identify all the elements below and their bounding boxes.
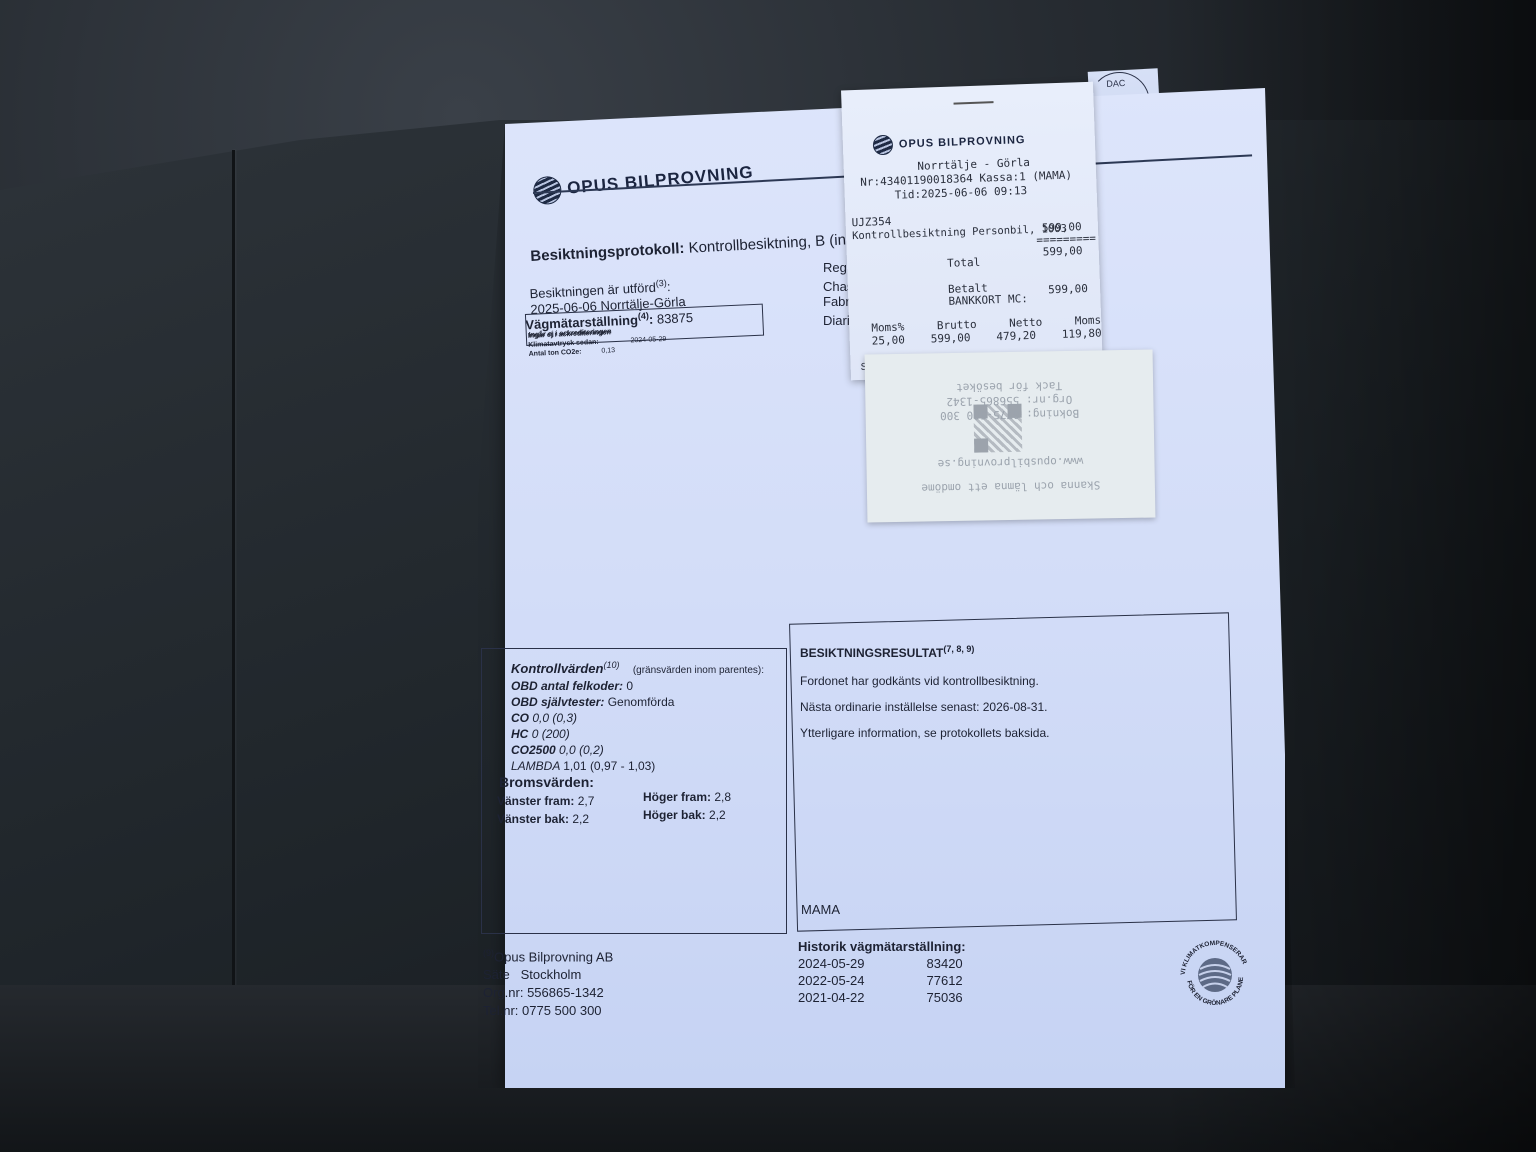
receipt-stub: Skanna och lämna ett omdöme Tack för bes… bbox=[865, 349, 1156, 522]
result-approved: Fordonet har godkänts vid kontrollbesikt… bbox=[800, 668, 1049, 694]
cv-row: OBD självtester: Genomförda bbox=[511, 694, 674, 710]
seat-seam bbox=[232, 150, 235, 990]
cv-row: OBD antal felkoder: 0 bbox=[511, 678, 674, 694]
cv-row: CO 0,0 (0,3) bbox=[511, 710, 674, 726]
climate-date: 2024-05-29 bbox=[630, 336, 666, 345]
company-tel: Tel.nr: 0775 500 300 bbox=[483, 1002, 613, 1020]
receipt-plate: UJZ354 bbox=[851, 215, 891, 229]
inspector-signature: MAMA bbox=[801, 902, 840, 917]
receipt-card-amount: 599,00 bbox=[1048, 282, 1088, 296]
company-name: Opus Bilprovning AB bbox=[494, 949, 613, 964]
history-row: 2022-05-2477612 bbox=[798, 972, 966, 989]
limits-note: (gränsvärden inom parentes): bbox=[633, 665, 764, 676]
co2-value: 0,13 bbox=[601, 347, 615, 355]
brake-values: Vänster fram: 2,7 Vänster bak: 2,2 bbox=[497, 792, 594, 828]
brand-name: OPUS BILPROVNING bbox=[566, 162, 754, 198]
result-box bbox=[789, 612, 1237, 931]
control-values-list: OBD antal felkoder: 0 OBD självtester: G… bbox=[511, 678, 674, 774]
company-info: (9)Opus Bilprovning AB Säte Stockholm Or… bbox=[483, 944, 613, 1020]
history-row: 2021-04-2275036 bbox=[798, 989, 966, 1006]
odometer-block: Vägmätarställning(4): 83875 Ingår ej i a… bbox=[525, 306, 765, 374]
receipt-total-label: Total bbox=[947, 256, 981, 270]
receipt-logo: OPUS BILPROVNING bbox=[873, 130, 1026, 155]
title-label: Besiktningsprotokoll: bbox=[530, 240, 685, 265]
payment-receipt: OPUS BILPROVNING Norrtälje - Görla Nr:43… bbox=[841, 82, 1103, 381]
protocol-title: Besiktningsprotokoll: Kontrollbesiktning… bbox=[530, 231, 861, 265]
cv-row: HC 0 (200) bbox=[511, 726, 674, 742]
title-value: Kontrollbesiktning, B (inkl. bbox=[688, 231, 861, 257]
receipt-subtotal: 599,00 bbox=[1043, 244, 1083, 258]
company-seat: Säte Stockholm bbox=[483, 966, 613, 984]
result-lines: Fordonet har godkänts vid kontrollbesikt… bbox=[800, 668, 1049, 746]
history-row: 2024-05-2983420 bbox=[798, 955, 966, 972]
globe-icon bbox=[873, 135, 894, 156]
brake-values-right: Höger fram: 2,8 Höger bak: 2,2 bbox=[643, 788, 731, 824]
odometer-history: Historik vägmätarställning: 2024-05-2983… bbox=[798, 938, 966, 1006]
control-values-title: Kontrollvärden(10) (gränsvärden inom par… bbox=[511, 660, 764, 676]
brake-title: Bromsvärden: bbox=[499, 774, 594, 790]
receipt-card-label: BANKKORT MC: bbox=[948, 292, 1028, 308]
svg-text:DAC: DAC bbox=[1106, 78, 1126, 89]
result-title: BESIKTNINGSRESULTAT(7, 8, 9) bbox=[800, 644, 974, 660]
cv-row: LAMBDA 1,01 (0,97 - 1,03) bbox=[511, 758, 674, 774]
climate-seal-icon: VI KLIMATKOMPENSERAR FÖR EN GRÖNARE PLAN… bbox=[1175, 935, 1255, 1015]
result-more-info: Ytterligare information, se protokollets… bbox=[800, 720, 1049, 746]
receipt-mark bbox=[954, 101, 994, 104]
cv-row: CO2500 0,0 (0,2) bbox=[511, 742, 674, 758]
company-org: Org.nr: 556865-1342 bbox=[483, 984, 613, 1002]
result-next-inspection: Nästa ordinarie inställelse senast: 2026… bbox=[800, 694, 1049, 720]
